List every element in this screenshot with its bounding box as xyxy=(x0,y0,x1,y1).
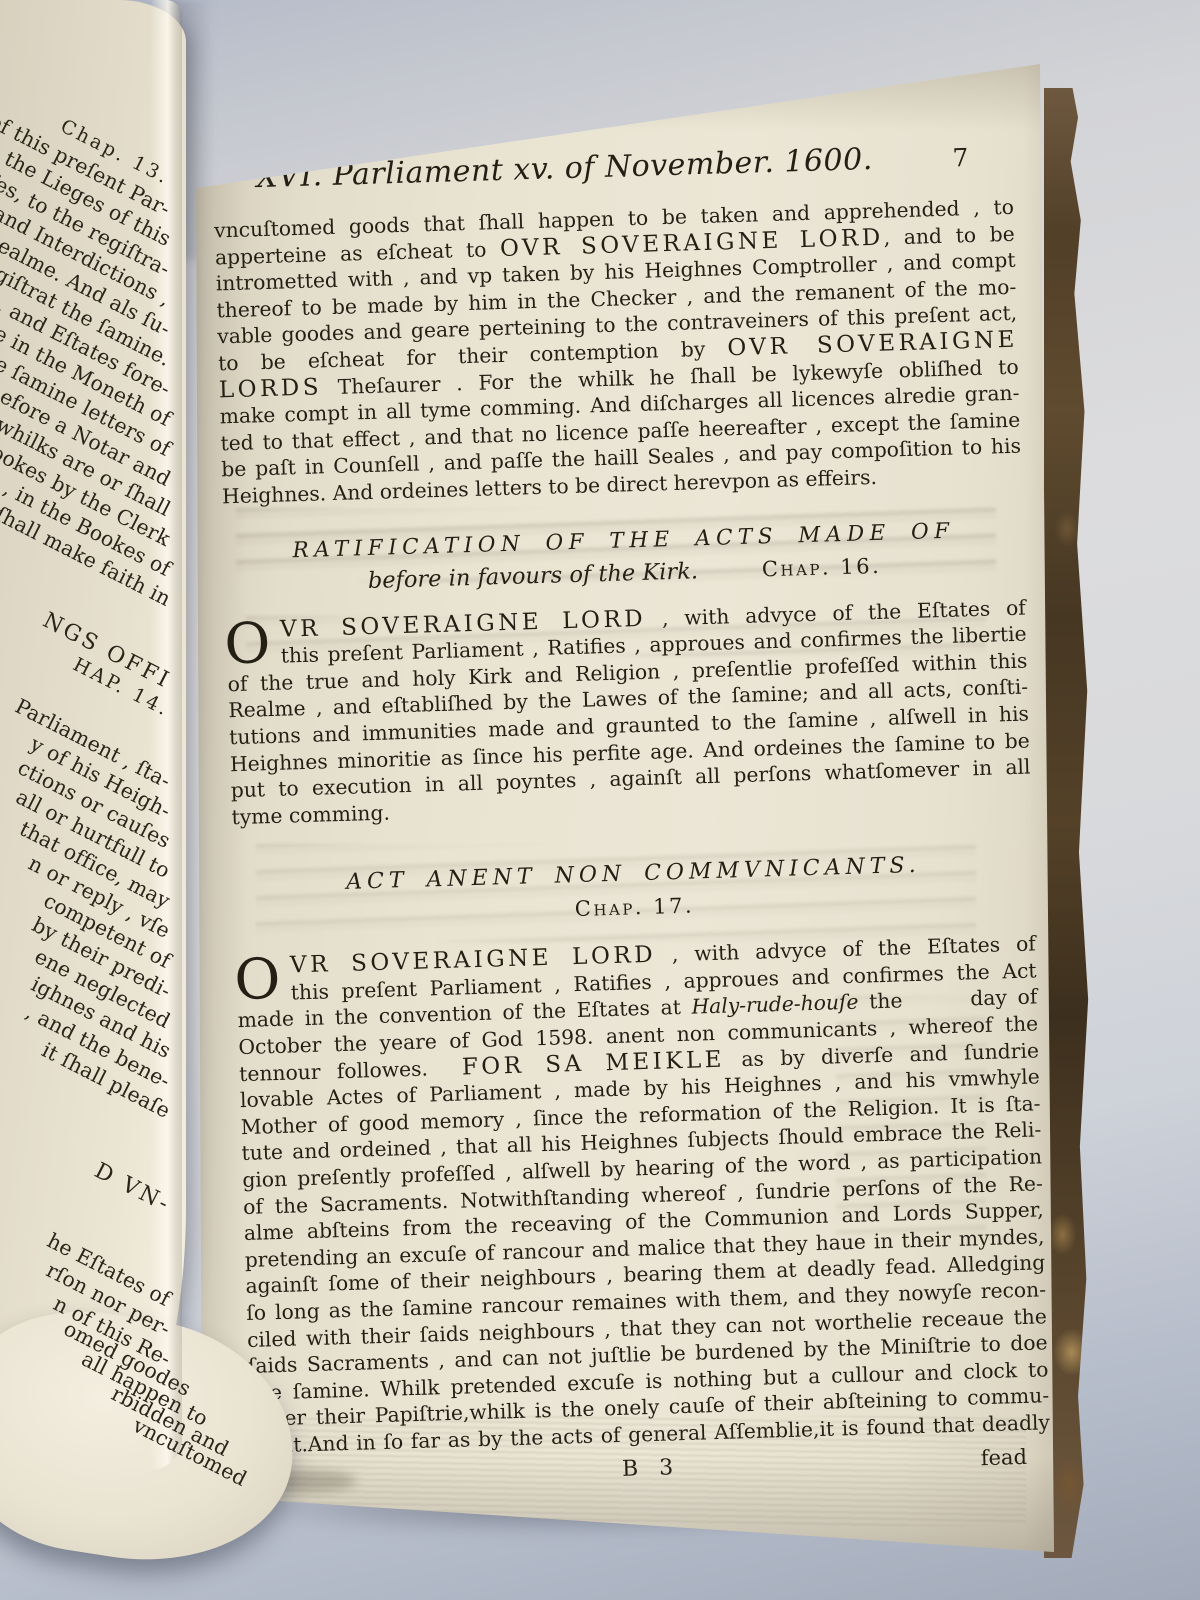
left-page-heading-fragment: D VN- xyxy=(0,1194,176,1224)
book-photograph: Chap. 13. es of this preſent Par- erie t… xyxy=(0,0,1200,1600)
left-page-text-line: ſhall make faith in xyxy=(0,588,176,618)
chapter-16-heading: RATIFICATION OF THE ACTS MADE OF before … xyxy=(223,514,1025,602)
chapter-17-heading: ACT ANENT NON COMMVNICANTS. Chap. 17. xyxy=(233,847,1035,937)
chapter-16-paragraph: O VR SOVERAIGNE LORD , with advyce of th… xyxy=(226,594,1032,830)
blank-space xyxy=(428,1074,462,1075)
blank-space xyxy=(903,1006,971,1008)
chapter-label: Chap. 16. xyxy=(761,548,881,586)
signature-mark: B 3 xyxy=(622,1455,681,1482)
text-run: , and to be xyxy=(883,221,1015,249)
text-run: day of xyxy=(970,985,1038,1011)
running-head-title: XVI. Parliament xv. of November. 1600. xyxy=(256,142,873,195)
page-text-block: XVI. Parliament xv. of November. 1600. 7… xyxy=(212,138,1051,1498)
left-page-text-column: Chap. 13. es of this preſent Par- erie t… xyxy=(0,168,176,1498)
left-page: Chap. 13. es of this preſent Par- erie t… xyxy=(0,0,300,1580)
catchword: fead xyxy=(980,1444,1027,1469)
text-run: the xyxy=(858,989,903,1014)
left-page-text-line: vncuſtomed xyxy=(0,1468,176,1498)
right-page: XVI. Parliament xv. of November. 1600. 7… xyxy=(176,56,1068,1562)
chapter-17-paragraph: O VR SOVERAIGNE LORD , with advyce of th… xyxy=(236,931,1051,1460)
paragraph-continuation: vncuſtomed goods that ſhall happen to be… xyxy=(214,194,1022,510)
left-page-text-line: it ſhall pleaſe xyxy=(0,1100,176,1130)
italic-place-name: Haly-rude-houſe xyxy=(691,990,859,1019)
page-number: 7 xyxy=(952,143,969,172)
